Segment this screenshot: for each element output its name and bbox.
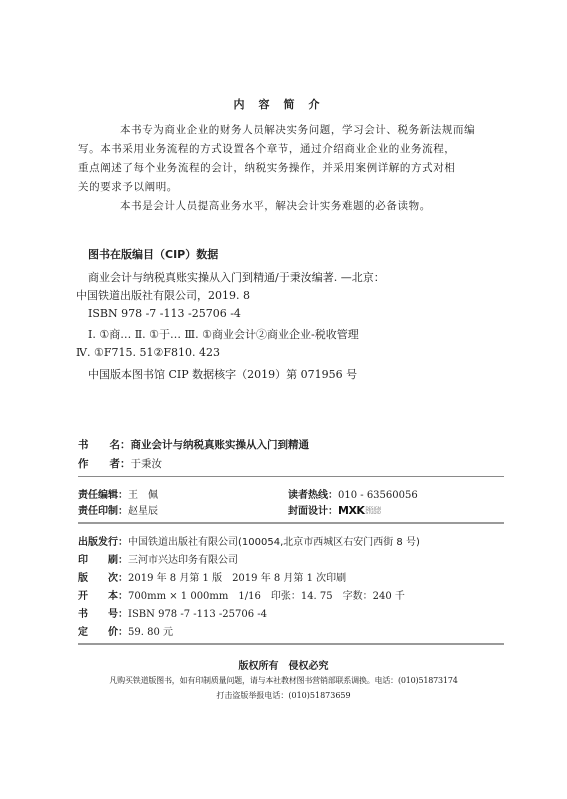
intro-line-5: 本书是会计人员提高业务水平，解决会计实务难题的必备读物。 [99, 197, 513, 216]
format-label: 开 本： [78, 591, 128, 602]
hotline-row: 读者热线：010 - 63560056 [288, 486, 418, 501]
format-row: 开 本：700mm × 1 000mm 1/16 印张：14. 75 字数：24… [78, 587, 405, 602]
publisher-label: 出版发行： [78, 537, 128, 548]
book-title-value: 商业会计与纳税真账实操从入门到精通 [131, 439, 310, 451]
book-author-row: 作 者：于秉汝 [78, 456, 162, 471]
hotline-label: 读者热线： [288, 490, 338, 501]
copyright-notice: 凡购买铁道版图书，如有印制质量问题，请与本社教材图书营销部联系调换。电话：(01… [0, 675, 567, 686]
publisher-value: 中国铁道出版社有限公司(100054,北京市西城区右安门西街 8 号) [128, 537, 420, 548]
cip-heading: 图书在版编目（CIP）数据 [88, 246, 218, 262]
edition-value: 2019 年 8 月第 1 版 2019 年 8 月第 1 次印刷 [128, 573, 346, 584]
publisher-row: 出版发行：中国铁道出版社有限公司(100054,北京市西城区右安门西街 8 号) [78, 533, 420, 548]
copyright-title: 版权所有 侵权必究 [0, 657, 567, 672]
intro-paragraph: 本书专为商业企业的财务人员解决实务问题，学习会计、税务新法规而编 写。本书采用业… [99, 121, 513, 216]
editor-value: 王 佩 [128, 490, 158, 501]
cip-record-number: 中国版本图书馆 CIP 数据核字（2019）第 071956 号 [88, 368, 357, 382]
price-value: 59. 80 元 [128, 627, 173, 638]
divider-1 [78, 476, 504, 477]
book-author-label: 作 者： [78, 456, 131, 471]
isbn-label: 书 号： [78, 609, 128, 620]
intro-line-3: 重点阐述了每个业务流程的会计，纳税实务操作，并采用案例详解的方式对相 [78, 159, 513, 178]
price-row: 定 价：59. 80 元 [78, 623, 173, 638]
book-title-row: 书 名：商业会计与纳税真账实操从入门到精通 [78, 437, 309, 452]
cip-line-2: 中国铁道出版社有限公司，2019. 8 [76, 289, 250, 303]
printing-supervisor-label: 责任印制： [78, 506, 128, 517]
cover-design-row: 封面设计：MXKDESIGN STUDIO [288, 502, 377, 517]
printer-row: 印 刷：三河市兴达印务有限公司 [78, 551, 238, 566]
cip-line-1: 商业会计与纳税真账实操从入门到精通/于秉汝编著. —北京： [88, 271, 385, 285]
editor-label: 责任编辑： [78, 490, 128, 501]
printer-value: 三河市兴达印务有限公司 [128, 555, 238, 566]
printing-supervisor-row: 责任印制：赵星辰 [78, 502, 158, 517]
isbn-value: ISBN 978 -7 -113 -25706 -4 [128, 609, 267, 620]
intro-line-2: 写。本书采用业务流程的方式设置各个章节，通过介绍商业企业的业务流程， [78, 140, 513, 159]
book-author-value: 于秉汝 [131, 458, 163, 470]
edition-label: 版 次： [78, 573, 128, 584]
cip-classification-2: Ⅳ. ①F715. 51②F810. 423 [76, 346, 220, 360]
divider-2 [78, 522, 504, 524]
edition-row: 版 次：2019 年 8 月第 1 版 2019 年 8 月第 1 次印刷 [78, 569, 346, 584]
logo-subtext: DESIGN STUDIO [365, 507, 377, 515]
anti-piracy-hotline: 打击盗版举报电话：(010)51873659 [0, 690, 567, 701]
divider-3 [78, 643, 504, 645]
editor-row: 责任编辑：王 佩 [78, 486, 158, 501]
mxk-design-logo: MXK [338, 504, 364, 517]
book-title-label: 书 名： [78, 437, 131, 452]
cover-design-label: 封面设计： [288, 506, 338, 517]
cip-classification-1: Ⅰ. ①商… Ⅱ. ①于… Ⅲ. ①商业会计②商业企业-税收管理 [88, 328, 359, 342]
intro-line-4: 关的要求予以阐明。 [78, 178, 513, 197]
printing-supervisor-value: 赵星辰 [128, 506, 158, 517]
price-label: 定 价： [78, 627, 128, 638]
intro-title: 内容简介 [0, 96, 567, 112]
printer-label: 印 刷： [78, 555, 128, 566]
intro-line-1: 本书专为商业企业的财务人员解决实务问题，学习会计、税务新法规而编 [99, 121, 513, 140]
cip-isbn: ISBN 978 -7 -113 -25706 -4 [88, 307, 241, 321]
hotline-value: 010 - 63560056 [338, 490, 418, 501]
isbn-row: 书 号：ISBN 978 -7 -113 -25706 -4 [78, 605, 267, 620]
format-value: 700mm × 1 000mm 1/16 印张：14. 75 字数：240 千 [128, 591, 405, 602]
